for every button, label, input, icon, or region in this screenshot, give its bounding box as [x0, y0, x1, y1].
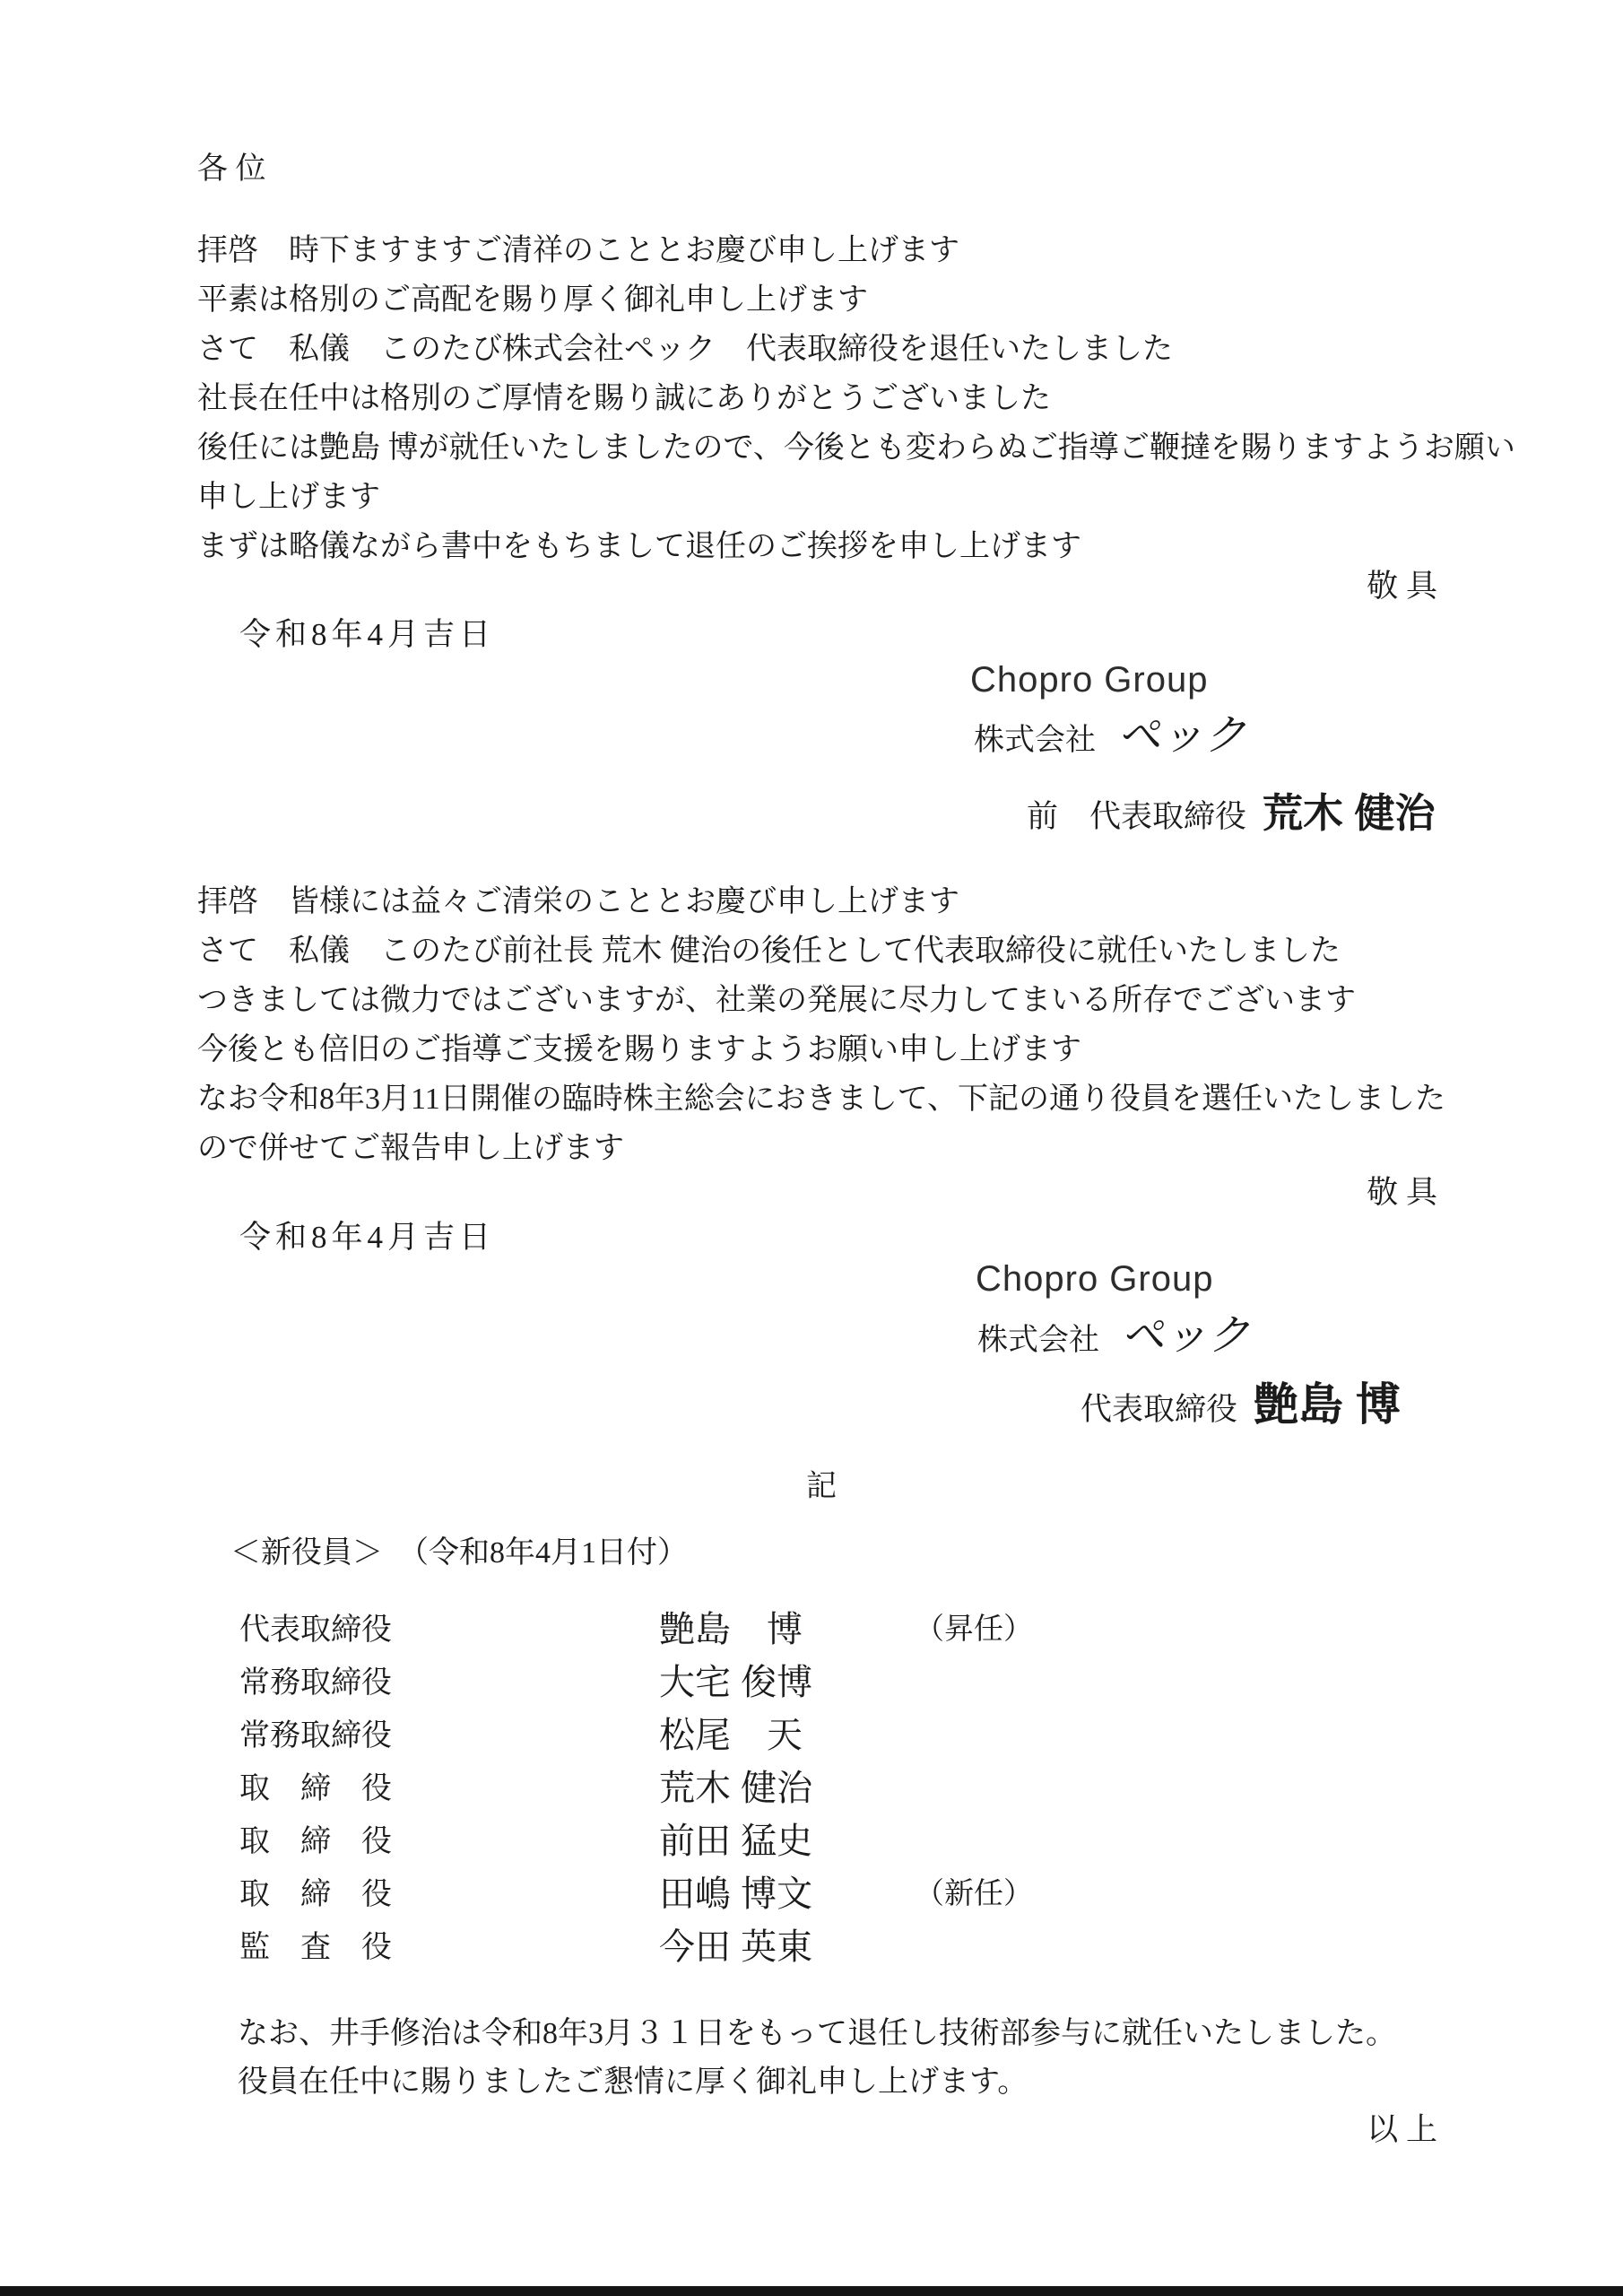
- letter2-date: 令和8年4月吉日: [239, 1222, 495, 1253]
- company-prefix: 株式会社: [974, 724, 1096, 757]
- letter1-company-line: 株式会社ペック: [974, 715, 1250, 768]
- signer-title-president: 代表取締役: [1081, 1392, 1237, 1427]
- record-marker-ki: 記: [0, 1472, 1623, 1502]
- officer-row: 監 査 役 今田 英東: [239, 1918, 1387, 1970]
- signer-title-former-president: 前 代表取締役: [1027, 799, 1246, 834]
- letter1-line: 申し上げます: [197, 473, 1515, 522]
- page-bottom-edge: [0, 2286, 1623, 2296]
- letter2-line: 拝啓 皆様には益々ご清栄のこととお慶び申し上げます: [197, 877, 1445, 926]
- officer-role: 取 締 役: [239, 1763, 659, 1807]
- letter2-closing-keigu: 敬 具: [1367, 1177, 1437, 1208]
- gratitude-note: 役員在任中に賜りましたご懇情に厚く御礼申し上げます。: [238, 2065, 1028, 2100]
- letter2-line: さて 私儀 このたび前社長 荒木 健治の後任として代表取締役に就任いたしました: [197, 926, 1445, 976]
- officer-role: 常務取締役: [239, 1710, 659, 1754]
- officer-row: 取 締 役 前田 猛史: [239, 1812, 1387, 1865]
- letter2-line: なお令和8年3月11日開催の臨時株主総会におきまして、下記の通り役員を選任いたし…: [197, 1074, 1445, 1124]
- officer-row: 代表取締役 艶島 博 （昇任）: [239, 1600, 1387, 1653]
- letter2-line: ので併せてご報告申し上げます: [197, 1124, 1445, 1173]
- officer-role: 常務取締役: [239, 1657, 659, 1701]
- retirement-note: なお、井手修治は令和8年3月３１日をもって退任し技術部参与に就任いたしました。: [238, 2016, 1396, 2052]
- officer-name: 艶島 博: [659, 1601, 915, 1652]
- company-prefix: 株式会社: [977, 1324, 1099, 1357]
- signer-name-tsuyajima-hiroshi: 艶島 博: [1254, 1379, 1401, 1430]
- letter1-line: 後任には艶島 博が就任いたしましたので、今後とも変わらぬご指導ご鞭撻を賜りますよ…: [197, 423, 1515, 473]
- officer-name: 前田 猛史: [659, 1813, 915, 1864]
- officer-row: 常務取締役 大宅 俊博: [239, 1653, 1387, 1706]
- letter1-line: さて 私儀 このたび株式会社ペック 代表取締役を退任いたしました: [197, 325, 1515, 374]
- letter1-body: 拝啓 時下ますますご清祥のこととお慶び申し上げます 平素は格別のご高配を賜り厚く…: [197, 226, 1515, 571]
- company-logo-chopro-group: Chopro Group: [970, 662, 1208, 698]
- letter2-line: 今後とも倍旧のご指導ご支援を賜りますようお願い申し上げます: [197, 1025, 1445, 1074]
- officer-note: （昇任）: [915, 1605, 1387, 1648]
- officer-name: 荒木 健治: [659, 1760, 915, 1811]
- officer-role: 取 締 役: [239, 1816, 659, 1860]
- officer-name: 大宅 俊博: [659, 1654, 915, 1705]
- letter1-line: まずは略儀ながら書中をもちまして退任のご挨拶を申し上げます: [197, 522, 1515, 571]
- officer-row: 常務取締役 松尾 天: [239, 1706, 1387, 1759]
- officer-row: 取 締 役 田嶋 博文 （新任）: [239, 1865, 1387, 1918]
- officer-name: 松尾 天: [659, 1707, 915, 1758]
- letter1-line: 拝啓 時下ますますご清祥のこととお慶び申し上げます: [197, 226, 1515, 275]
- officer-row: 取 締 役 荒木 健治: [239, 1759, 1387, 1812]
- officer-role: 代表取締役: [239, 1605, 659, 1648]
- officer-name: 今田 英東: [659, 1918, 915, 1970]
- letter2-body: 拝啓 皆様には益々ご清栄のこととお慶び申し上げます さて 私儀 このたび前社長 …: [197, 877, 1445, 1173]
- officer-note: （新任）: [915, 1870, 1387, 1912]
- addressee: 各 位: [197, 154, 266, 185]
- officer-name: 田嶋 博文: [659, 1865, 915, 1917]
- letter2-line: つきましては微力ではございますが、社業の発展に尽力してまいる所存でございます: [197, 976, 1445, 1025]
- letter1-signer-line: 前 代表取締役荒木 健治: [1027, 793, 1436, 843]
- letter1-line: 平素は格別のご高配を賜り厚く御礼申し上げます: [197, 275, 1515, 325]
- letter2-signer-line: 代表取締役艶島 博: [1081, 1382, 1401, 1439]
- company-logo-chopro-group: Chopro Group: [976, 1261, 1213, 1297]
- new-officers-header: ＜新役員＞ （令和8年4月1日付）: [230, 1538, 688, 1569]
- signer-name-araki-kenji: 荒木 健治: [1263, 790, 1436, 836]
- new-officers-list: 代表取締役 艶島 博 （昇任） 常務取締役 大宅 俊博 常務取締役 松尾 天 取…: [239, 1600, 1387, 1970]
- company-name-peck: ペック: [1116, 715, 1254, 758]
- company-name-peck: ペック: [1120, 1315, 1258, 1358]
- letter1-closing-keigu: 敬 具: [1367, 570, 1437, 602]
- letter1-date: 令和8年4月吉日: [239, 619, 495, 650]
- officer-role: 監 査 役: [239, 1922, 659, 1966]
- end-marker-ijou: 以 上: [1367, 2114, 1437, 2145]
- letter1-line: 社長在任中は格別のご厚情を賜り誠にありがとうございました: [197, 374, 1515, 423]
- officer-role: 取 締 役: [239, 1869, 659, 1913]
- letter2-company-line: 株式会社ペック: [977, 1315, 1254, 1368]
- announcement-letter-page: 各 位 拝啓 時下ますますご清祥のこととお慶び申し上げます 平素は格別のご高配を…: [0, 0, 1623, 2296]
